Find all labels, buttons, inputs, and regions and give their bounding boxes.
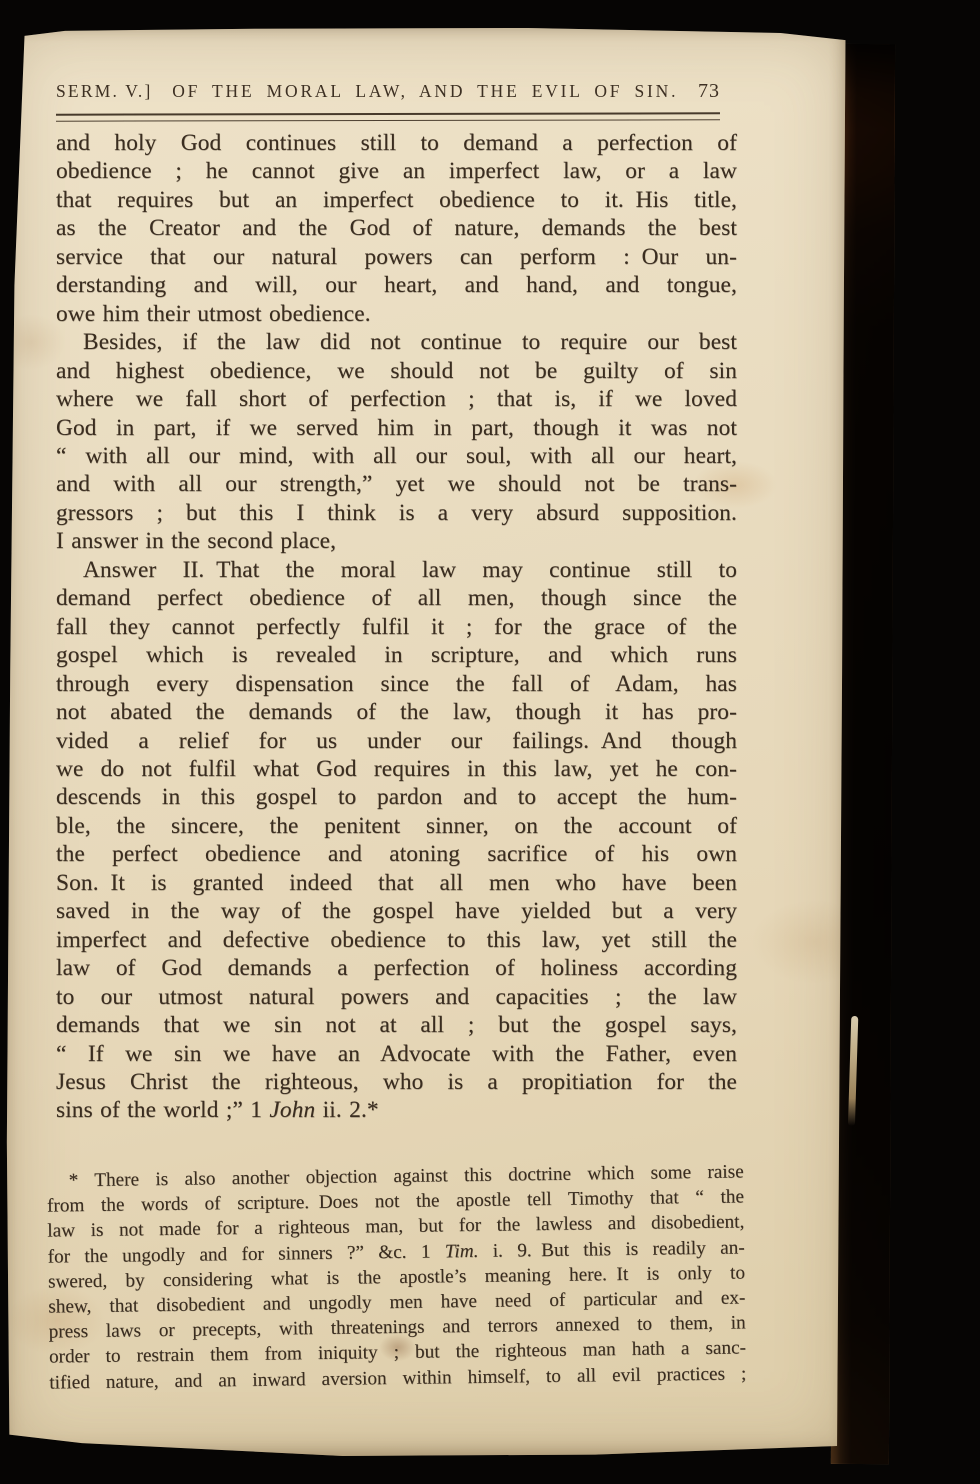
header-page-number: 73 (698, 80, 720, 103)
footnote-citation-post: i. 9. But this is readily an- (478, 1237, 744, 1261)
paragraph-1: and holy God continues still to demand a… (56, 129, 737, 328)
header-section-label: SERM. V.] (56, 81, 152, 102)
paragraph-2-last-line: I answer in the second place, (56, 527, 737, 555)
header-running-title: OF THE MORAL LAW, AND THE EVIL OF SIN. (172, 81, 678, 102)
header-double-rule (56, 112, 720, 121)
page-header: SERM. V.] OF THE MORAL LAW, AND THE EVIL… (56, 80, 720, 103)
footnote-book-name: Tim. (445, 1241, 479, 1262)
paragraph-3: Answer II. That the moral law may contin… (56, 556, 737, 1125)
paragraph-3-last-line: sins of the world ;” 1 John ii. 2.* (56, 1096, 737, 1124)
paragraph-1-lines: and holy God continues still to demand a… (56, 129, 737, 300)
footnote-citation-pre: for the ungodly and for sinners ?” &c. 1 (48, 1241, 445, 1267)
scripture-citation-pre: sins of the world ;” 1 (56, 1097, 269, 1123)
footnote-lines-end: swered, by considering what is the apost… (48, 1260, 747, 1395)
book-page: SERM. V.] OF THE MORAL LAW, AND THE EVIL… (6, 28, 848, 1456)
scripture-citation-post: ii. 2.* (315, 1097, 378, 1123)
footnote-lines-start: * There is also another objection agains… (47, 1159, 745, 1244)
paragraph-3-lines: Answer II. That the moral law may contin… (56, 556, 737, 1097)
paragraph-1-last-line: owe him their utmost obedience. (56, 300, 737, 328)
page-body: and holy God continues still to demand a… (56, 129, 737, 1125)
paragraph-2-lines: Besides, if the law did not continue to … (56, 328, 737, 527)
paragraph-2: Besides, if the law did not continue to … (56, 328, 737, 556)
scripture-book-name: John (269, 1097, 315, 1123)
footnote: * There is also another objection agains… (47, 1159, 747, 1395)
protruding-page-sliver (848, 1016, 858, 1126)
